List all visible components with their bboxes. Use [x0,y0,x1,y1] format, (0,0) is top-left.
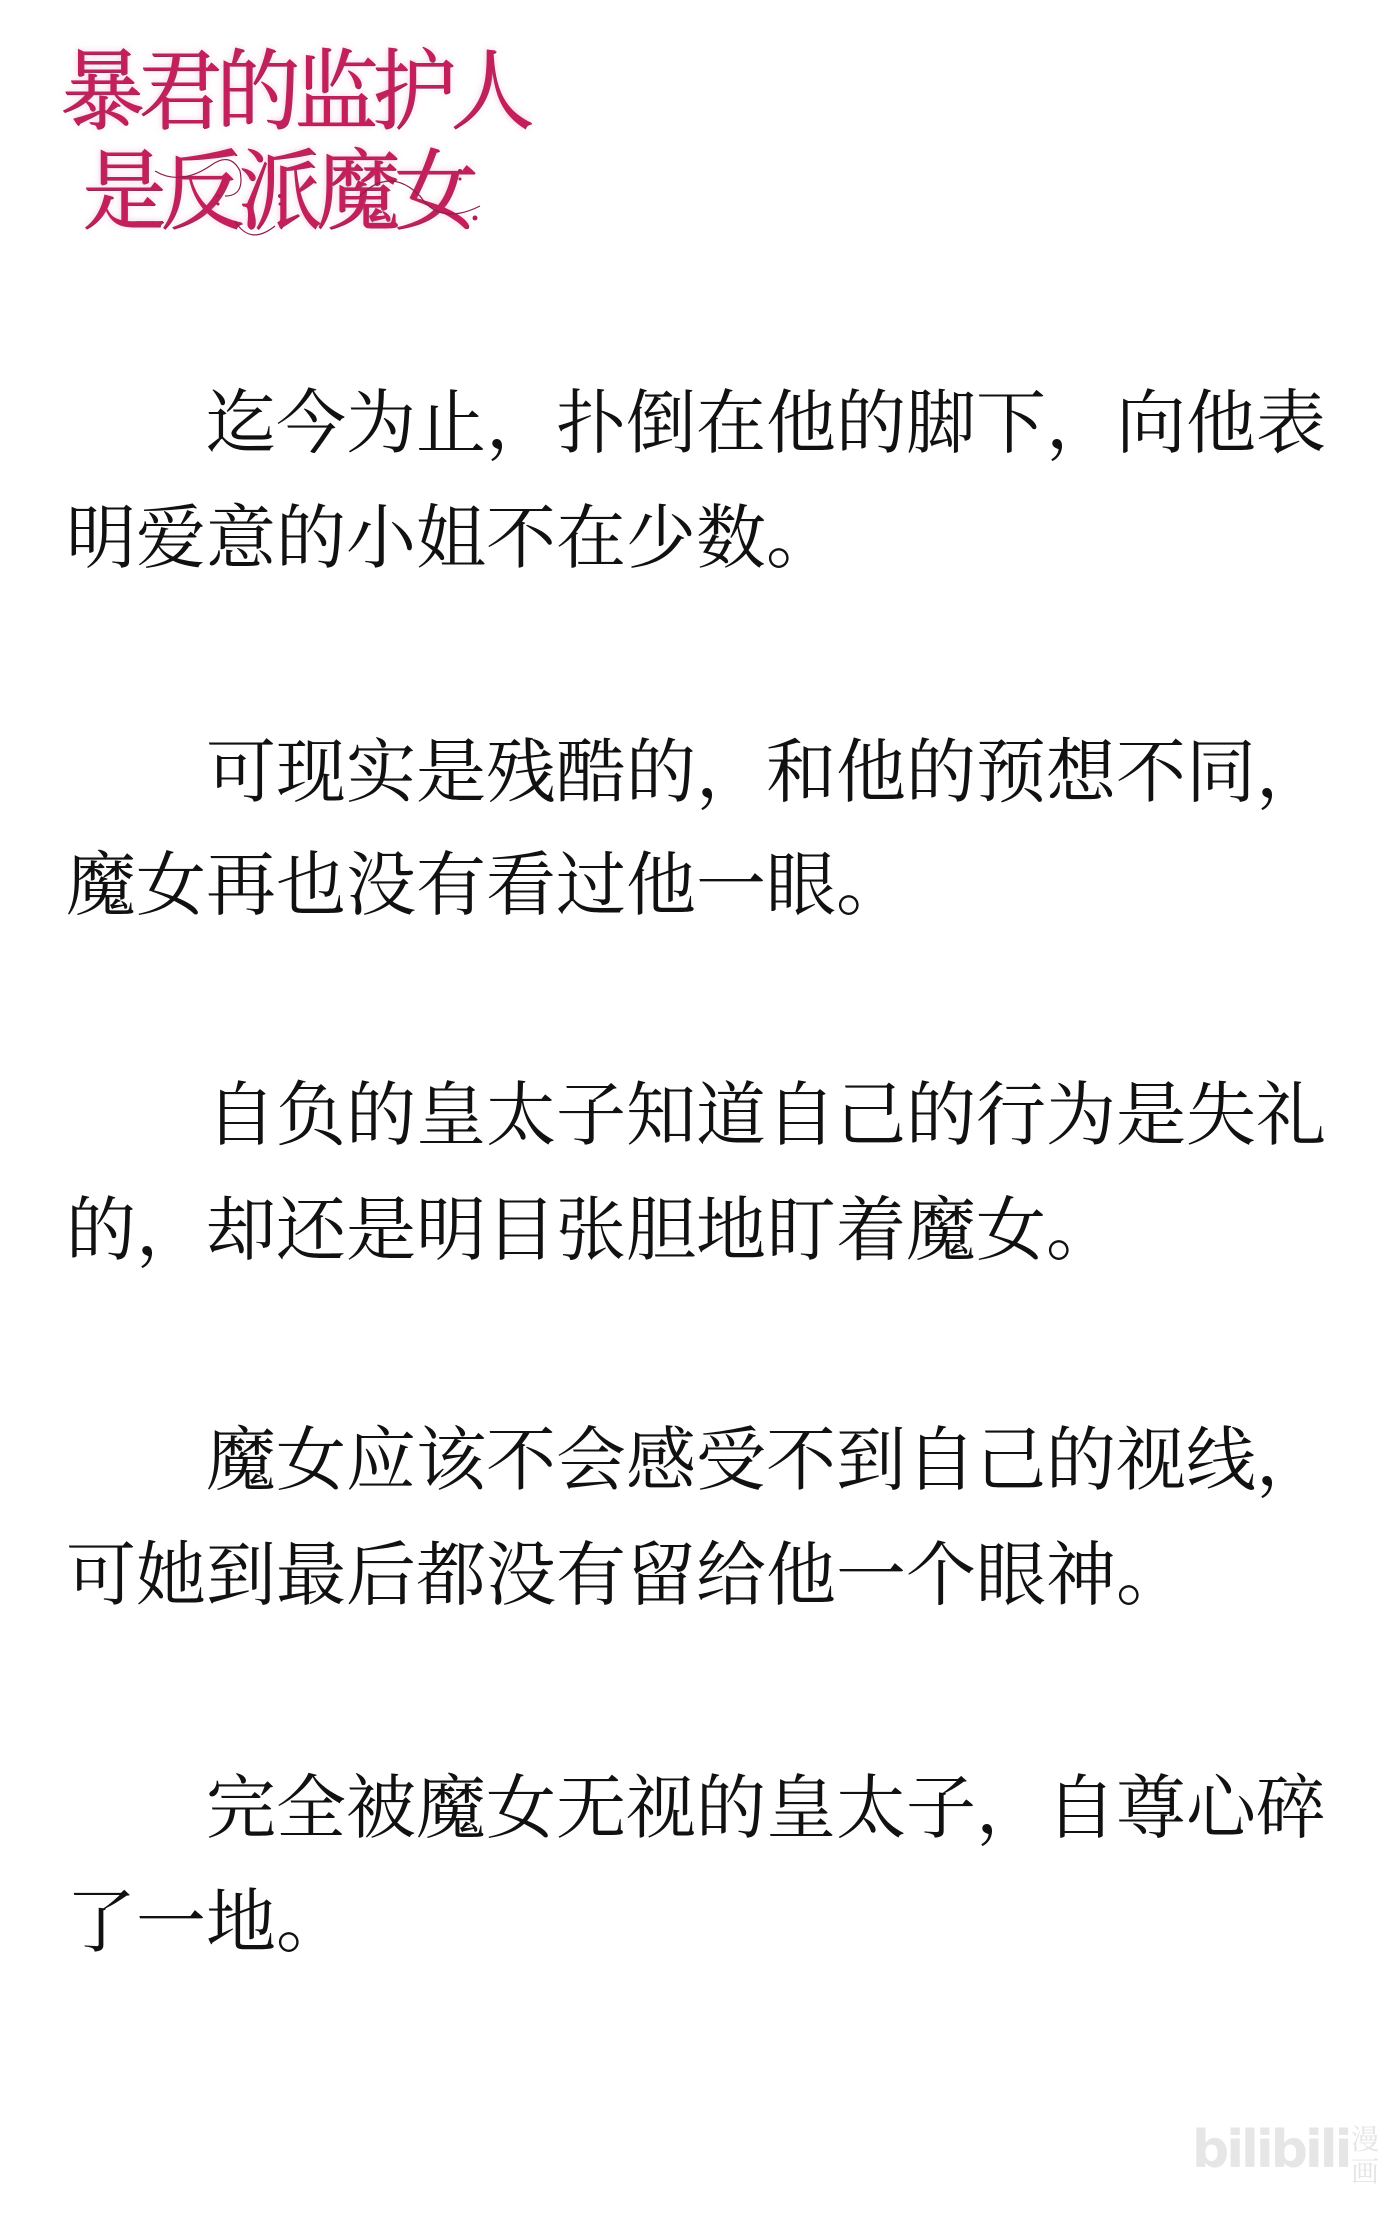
paragraph-1-line-2: 明爱意的小姐不在少数。 [66,503,836,573]
title-line-1: 暴君的监护人 [60,44,528,139]
comic-title-logo: 暴君的监护人 是反派魔女 [60,46,490,246]
manga-label: 漫 画 [1350,2124,1380,2188]
paragraph-3-line-1: 自负的皇太子知道自己的行为是失礼 [206,1080,1326,1150]
paragraph-4-line-2: 可她到最后都没有留给他一个眼神。 [66,1540,1186,1610]
manga-char-1: 漫 [1350,2124,1380,2156]
paragraph-5-line-2: 了一地。 [66,1887,346,1957]
paragraph-2-line-1: 可现实是残酷的，和他的预想不同， [206,737,1326,807]
manga-char-2: 画 [1350,2156,1380,2188]
bilibili-logo: bilibili [1192,2120,1349,2180]
paragraph-2-line-2: 魔女再也没有看过他一眼。 [66,850,906,920]
paragraph-5-line-1: 完全被魔女无视的皇太子，自尊心碎 [206,1773,1326,1843]
bilibili-manga-watermark: bilibili 漫 画 [1188,2118,1388,2198]
paragraph-3-line-2: 的，却还是明目张胆地盯着魔女。 [66,1195,1116,1265]
paragraph-1-line-1: 迄今为止，扑倒在他的脚下，向他表 [206,388,1326,458]
title-line-2: 是反派魔女 [82,144,472,239]
paragraph-4-line-1: 魔女应该不会感受不到自己的视线， [206,1425,1326,1495]
